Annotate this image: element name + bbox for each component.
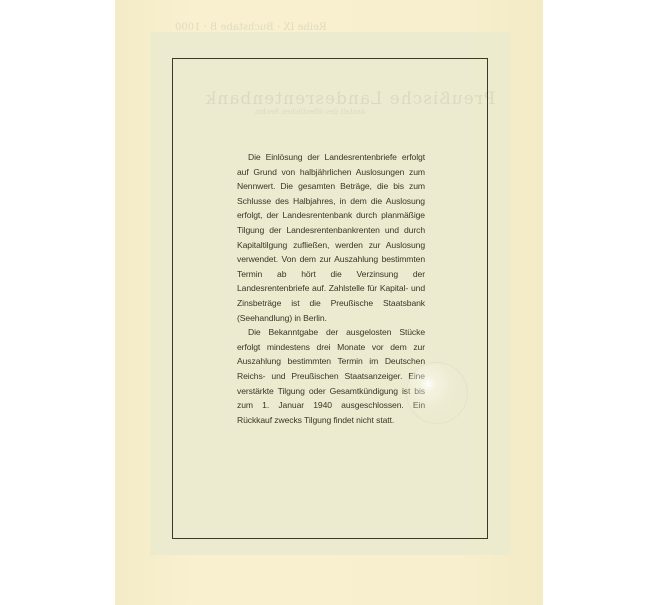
embossed-seal-icon [406, 362, 468, 424]
showthrough-top-line: Reihe IX · Buchstabe B · 1000 [175, 22, 327, 33]
paragraph-redemption: Die Einlösung der Landesrentenbriefe erf… [237, 150, 425, 325]
terms-text: Die Einlösung der Landesrentenbriefe erf… [237, 150, 425, 427]
paragraph-announcement: Die Bekanntgabe der ausgelosten Stücke e… [237, 325, 425, 427]
certificate-paper: Reihe IX · Buchstabe B · 1000 Preußische… [115, 0, 543, 605]
